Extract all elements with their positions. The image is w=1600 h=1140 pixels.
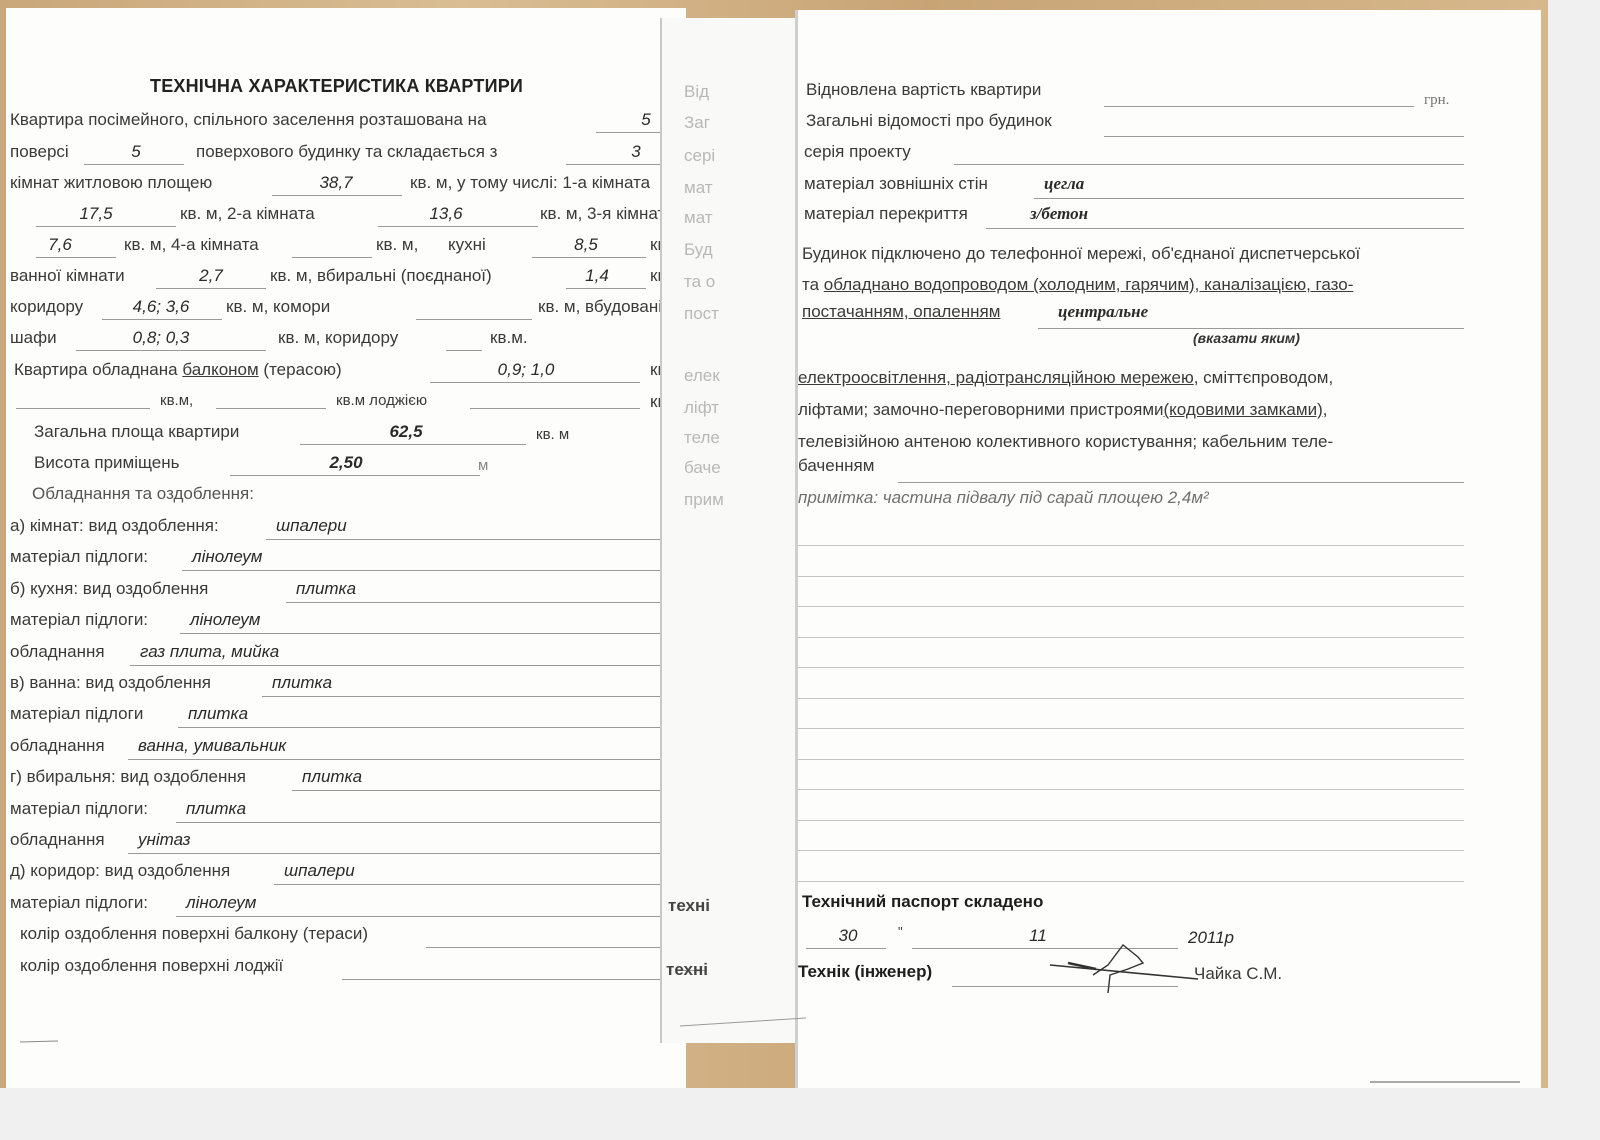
page-edge-lines xyxy=(0,0,1600,1140)
